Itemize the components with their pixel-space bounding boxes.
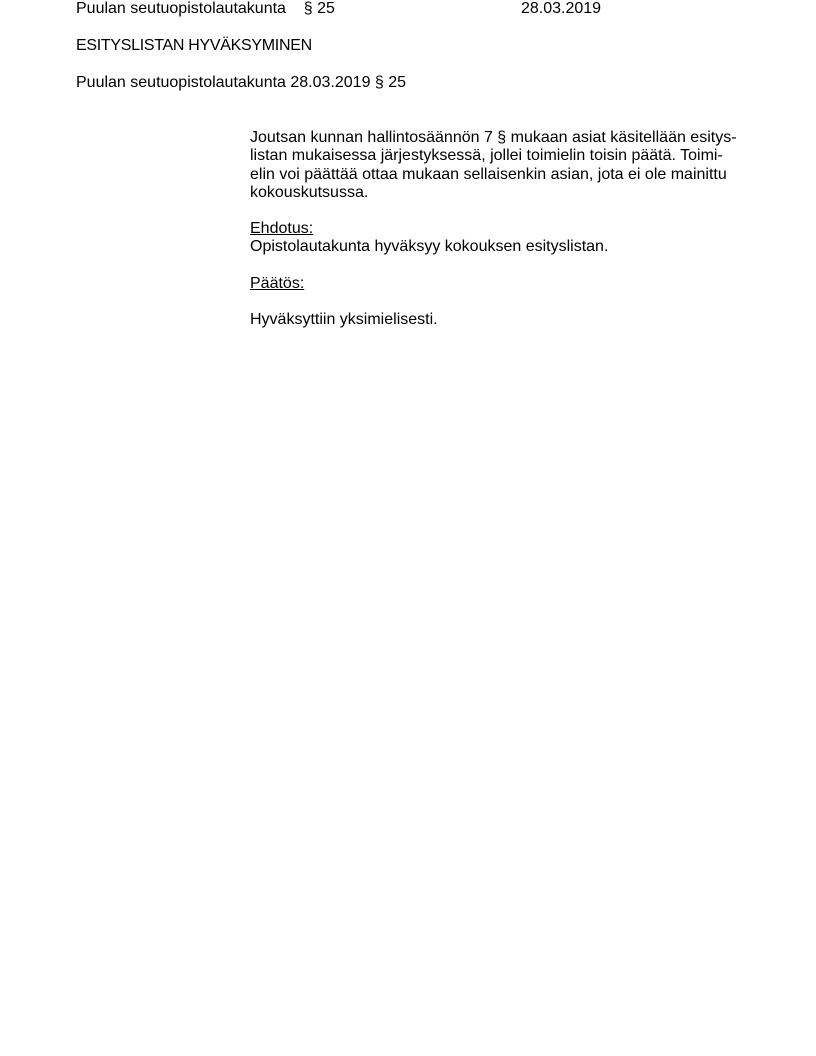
document-title: ESITYSLISTAN HYVÄKSYMINEN	[76, 37, 312, 55]
meeting-reference: Puulan seutuopistolautakunta 28.03.2019 …	[76, 74, 406, 92]
proposal-text: Opistolautakunta hyväksyy kokouksen esit…	[250, 238, 750, 256]
proposal-heading: Ehdotus:	[250, 220, 750, 238]
header-date: 28.03.2019	[521, 0, 601, 18]
header-committee-section: Puulan seutuopistolautakunta § 25	[76, 0, 335, 18]
decision-heading: Päätös:	[250, 275, 750, 293]
document-body: Joutsan kunnan hallintosäännön 7 § mukaa…	[250, 129, 750, 329]
intro-line: Joutsan kunnan hallintosäännön 7 § mukaa…	[250, 129, 750, 147]
intro-line: elin voi päättää ottaa mukaan sellaisenk…	[250, 166, 750, 184]
intro-line: listan mukaisessa järjestyksessä, jollei…	[250, 147, 750, 165]
intro-paragraph: Joutsan kunnan hallintosäännön 7 § mukaa…	[250, 129, 750, 202]
decision-text: Hyväksyttiin yksimielisesti.	[250, 311, 750, 329]
intro-line: kokouskutsussa.	[250, 184, 750, 202]
